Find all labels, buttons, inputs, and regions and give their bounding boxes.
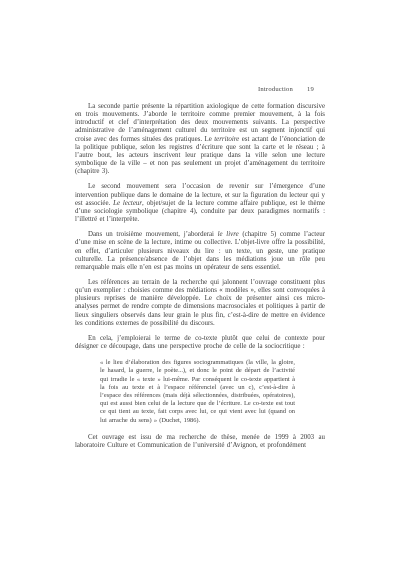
paragraph-territoire: La seconde partie présente la répartitio…: [75, 103, 325, 176]
book-page: Introduction19 La seconde partie présent…: [0, 0, 400, 566]
text-block: La seconde partie présente la répartitio…: [75, 103, 325, 450]
paragraph-text: Dans un troisième mouvement, j’aborderai: [88, 231, 218, 238]
page-header: Introduction19: [258, 86, 314, 93]
italic-term-territoire: territoire: [214, 136, 239, 143]
paragraph-cotexte-intro: En cela, j’emploierai le terme de co-tex…: [75, 335, 325, 351]
italic-term-le-lecteur: Le lecteur: [113, 200, 142, 207]
block-quote-duchet: « le lieu d’élaboration des figures soci…: [100, 359, 295, 425]
paragraph-text: En cela, j’emploierai le terme de co-tex…: [75, 335, 325, 350]
paragraph-livre: Dans un troisième mouvement, j’aborderai…: [75, 231, 325, 272]
paragraph-lecteur: Le second mouvement sera l’occasion de r…: [75, 183, 325, 224]
paragraph-closing: Cet ouvrage est issu de ma recherche de …: [75, 434, 325, 450]
quote-text: « le lieu d’élaboration des figures soci…: [100, 359, 295, 423]
paragraph-text: Les références au terrain de la recherch…: [75, 279, 325, 327]
running-title: Introduction: [258, 86, 293, 93]
paragraph-references: Les références au terrain de la recherch…: [75, 279, 325, 328]
paragraph-text: Cet ouvrage est issu de ma recherche de …: [75, 434, 325, 449]
italic-term-le-livre: le livre: [218, 231, 239, 238]
page-number: 19: [307, 86, 314, 93]
